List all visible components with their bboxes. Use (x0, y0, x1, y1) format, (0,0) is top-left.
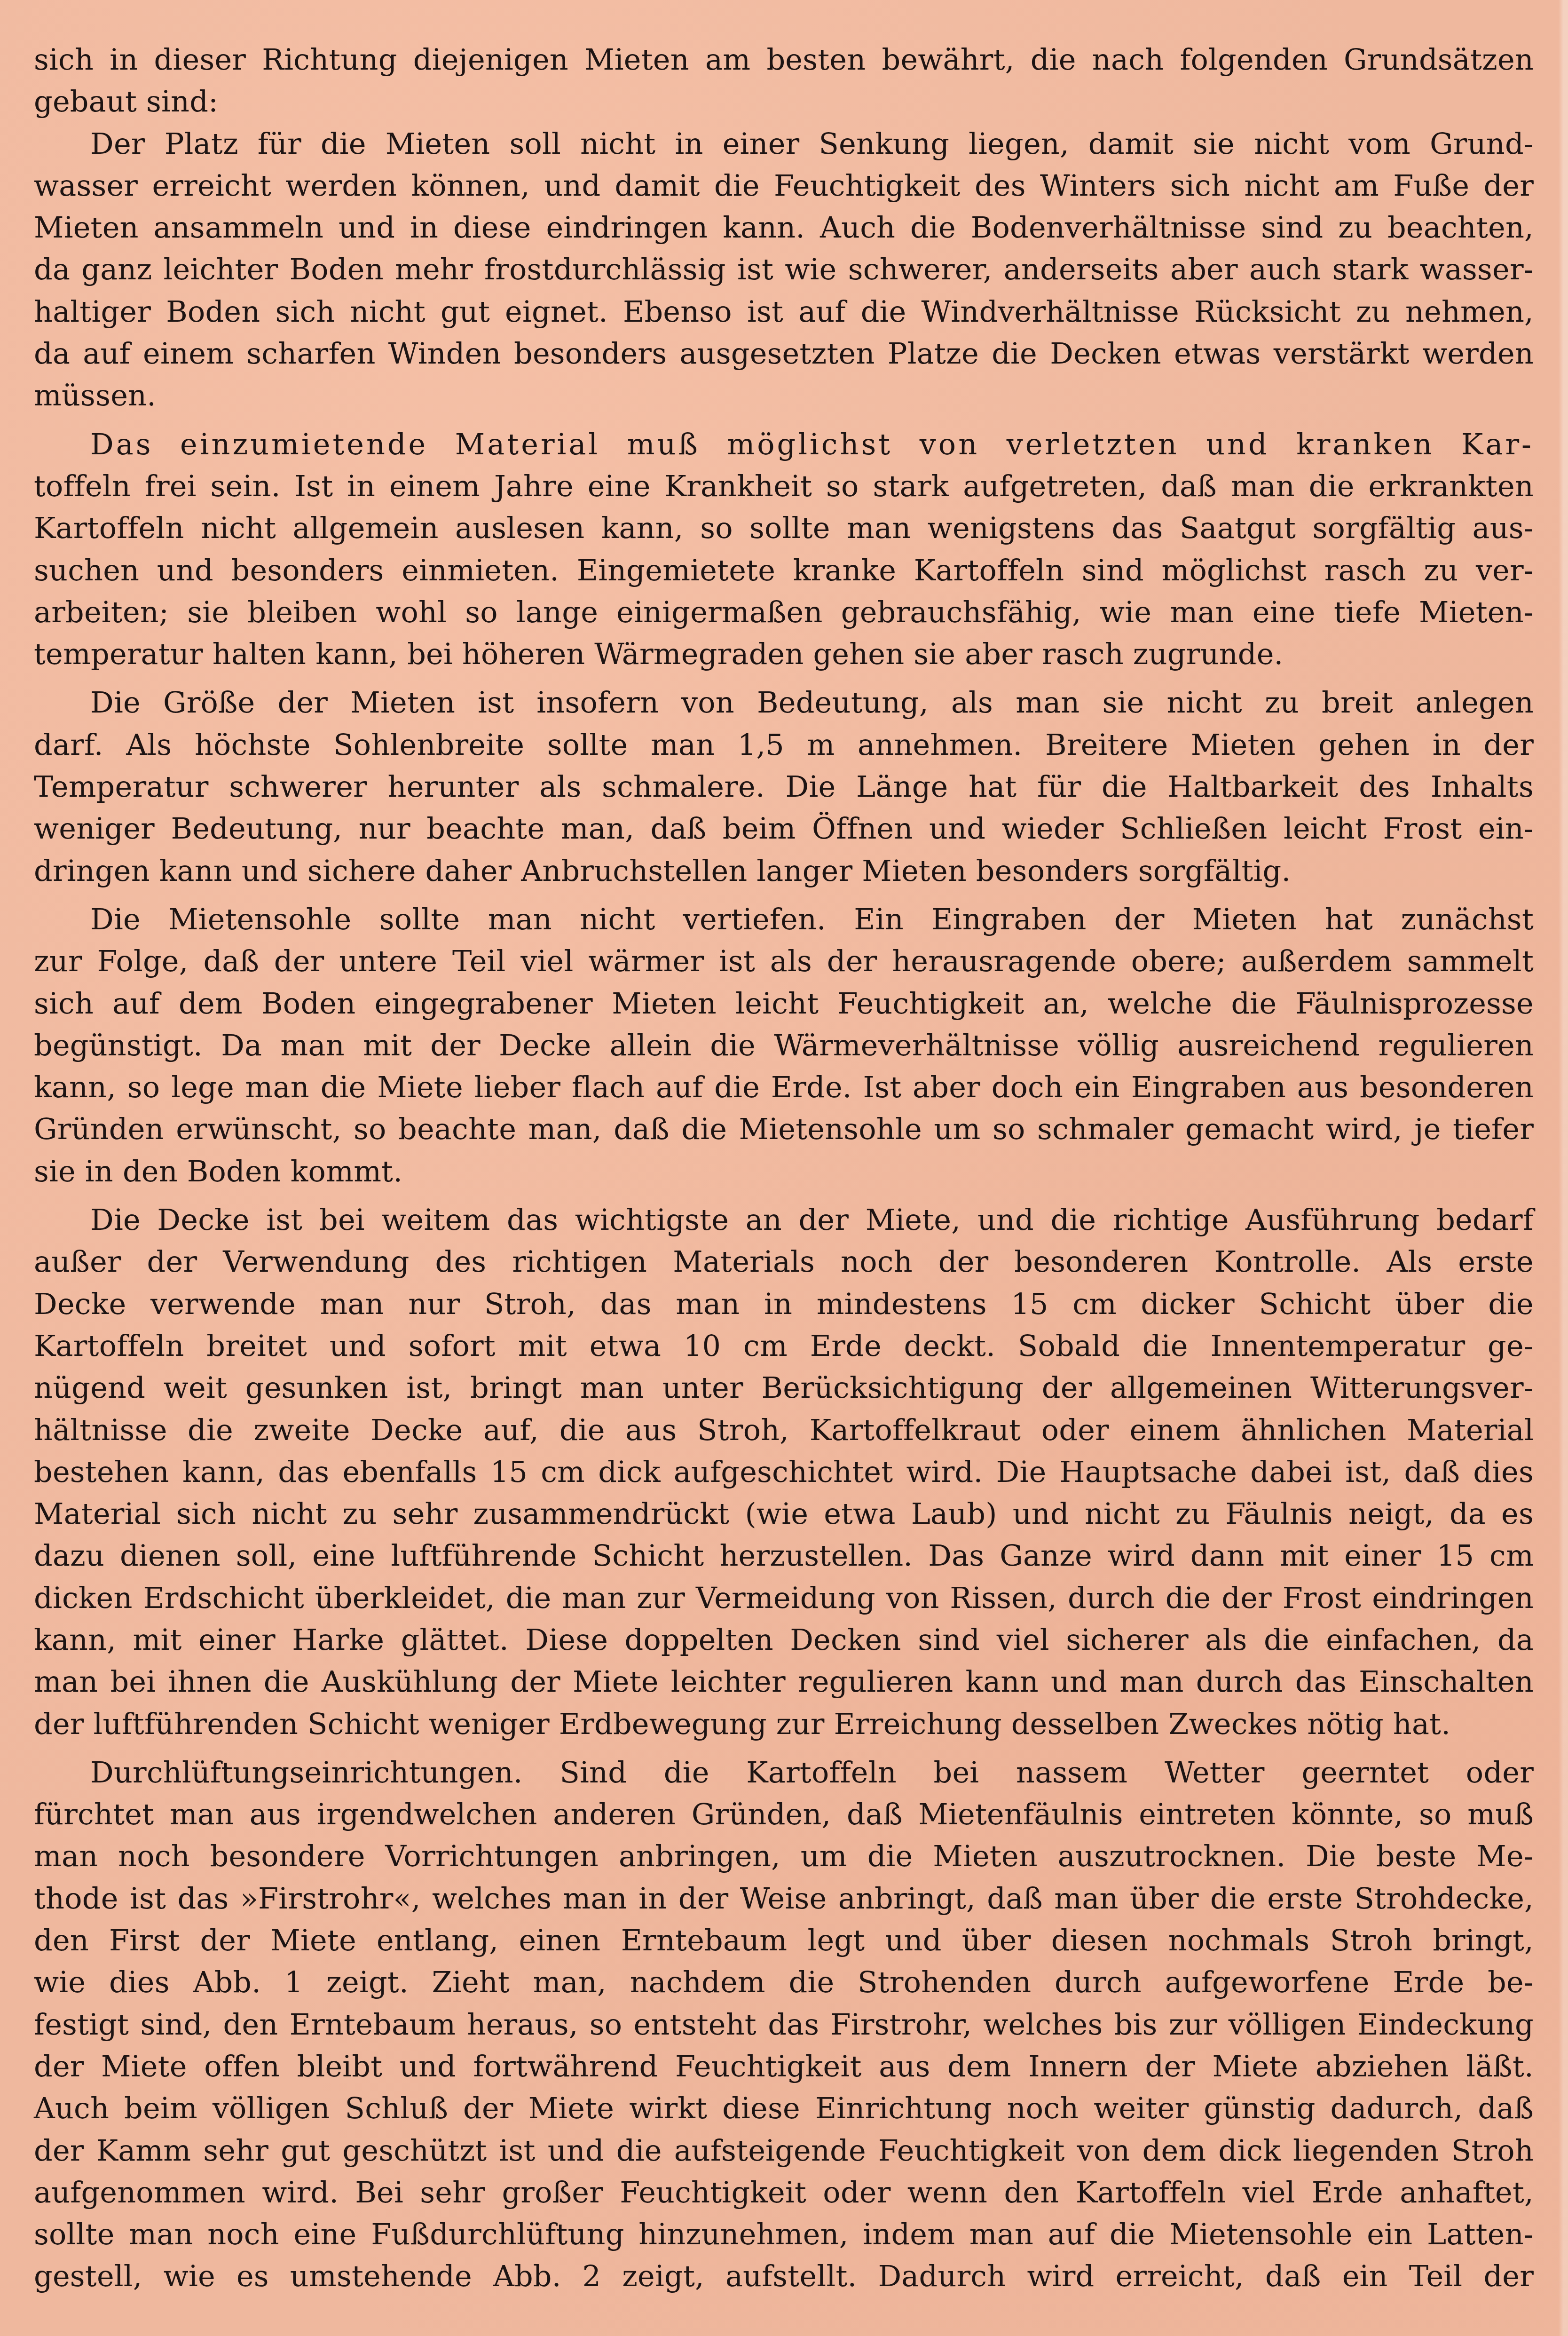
text-line: Gründen erwünscht, so beachte man, daß d… (34, 1108, 1534, 1150)
text-line: dringen kann und sichere daher Anbruchst… (34, 850, 1534, 892)
text-line: darf. Als höchste Sohlenbreite sollte ma… (34, 724, 1534, 766)
paragraph-site-location: Der Platz für die Mieten soll nicht in e… (34, 123, 1534, 417)
text-line: gestell, wie es umstehende Abb. 2 zeigt,… (34, 2255, 1534, 2297)
paragraph-material: Das einzumietende Material muß möglichst… (34, 423, 1534, 675)
text-line: arbeiten; sie bleiben wohl so lange eini… (34, 591, 1534, 633)
text-line: da ganz leichter Boden mehr frostdurchlä… (34, 248, 1534, 290)
text-line: wasser erreicht werden können, und damit… (34, 165, 1534, 206)
text-line: hältnisse die zweite Decke auf, die aus … (34, 1409, 1534, 1451)
text-line: gebaut sind: (34, 80, 1534, 122)
paragraph-cover: Die Decke ist bei weitem das wichtigste … (34, 1199, 1534, 1745)
paragraph-size: Die Größe der Mieten ist insofern von Be… (34, 681, 1534, 891)
text-line: thode ist das »Firstrohr«, welches man i… (34, 1877, 1534, 1919)
text-line: kann, mit einer Harke glättet. Diese dop… (34, 1619, 1534, 1661)
text-line: Temperatur schwerer herunter als schmale… (34, 766, 1534, 808)
text-line: aufgenommen wird. Bei sehr großer Feucht… (34, 2171, 1534, 2213)
text-line: sie in den Boden kommt. (34, 1150, 1534, 1192)
text-line: weniger Bedeutung, nur beachte man, daß … (34, 808, 1534, 849)
document-page: sich in dieser Richtung diejenigen Miete… (34, 39, 1534, 2297)
text-line: temperatur halten kann, bei höheren Wärm… (34, 633, 1534, 675)
text-line: da auf einem scharfen Winden besonders a… (34, 333, 1534, 374)
text-line: man bei ihnen die Auskühlung der Miete l… (34, 1661, 1534, 1703)
text-line: wie dies Abb. 1 zeigt. Zieht man, nachde… (34, 1961, 1534, 2003)
paragraph-sole: Die Mietensohle sollte man nicht vertief… (34, 898, 1534, 1192)
text-line: den First der Miete entlang, einen Ernte… (34, 1919, 1534, 1961)
text-line: der luftführenden Schicht weniger Erdbew… (34, 1703, 1534, 1745)
text-line: begünstigt. Da man mit der Decke allein … (34, 1024, 1534, 1066)
text-line: toffeln frei sein. Ist in einem Jahre ei… (34, 465, 1534, 507)
text-line: der Kamm sehr gut geschützt ist und die … (34, 2130, 1534, 2171)
paragraph-ventilation: Durchlüftungseinrichtungen. Sind die Kar… (34, 1751, 1534, 2297)
text-line: sich auf dem Boden eingegrabener Mieten … (34, 982, 1534, 1024)
text-line: Die Decke ist bei weitem das wichtigste … (34, 1199, 1534, 1241)
text-line: festigt sind, den Erntebaum heraus, so e… (34, 2003, 1534, 2045)
text-line: sollte man noch eine Fußdurchlüftung hin… (34, 2213, 1534, 2255)
text-line: dicken Erdschicht überkleidet, die man z… (34, 1577, 1534, 1619)
text-line: Auch beim völligen Schluß der Miete wirk… (34, 2087, 1534, 2129)
text-line: Decke verwende man nur Stroh, das man in… (34, 1283, 1534, 1325)
text-line: Die Größe der Mieten ist insofern von Be… (34, 681, 1534, 723)
text-line: fürchtet man aus irgendwelchen anderen G… (34, 1793, 1534, 1835)
paragraph-intro-continuation: sich in dieser Richtung diejenigen Miete… (34, 39, 1534, 123)
text-line: kann, so lege man die Miete lieber flach… (34, 1066, 1534, 1108)
text-line: außer der Verwendung des richtigen Mater… (34, 1241, 1534, 1283)
text-line: sich in dieser Richtung diejenigen Miete… (34, 39, 1534, 80)
text-line: zur Folge, daß der untere Teil viel wärm… (34, 940, 1534, 982)
text-line: Kartoffeln breitet und sofort mit etwa 1… (34, 1325, 1534, 1367)
text-line: Mieten ansammeln und in diese eindringen… (34, 206, 1534, 248)
text-line: müssen. (34, 374, 1534, 416)
text-line: Das einzumietende Material muß möglichst… (34, 423, 1534, 465)
text-line: haltiger Boden sich nicht gut eignet. Eb… (34, 291, 1534, 333)
document-body: sich in dieser Richtung diejenigen Miete… (34, 39, 1534, 2297)
text-line: dazu dienen soll, eine luftführende Schi… (34, 1535, 1534, 1576)
text-line: Kartoffeln nicht allgemein auslesen kann… (34, 507, 1534, 549)
text-line: Der Platz für die Mieten soll nicht in e… (34, 123, 1534, 165)
text-line: man noch besondere Vorrichtungen anbring… (34, 1835, 1534, 1877)
text-line: nügend weit gesunken ist, bringt man unt… (34, 1367, 1534, 1409)
text-line: der Miete offen bleibt und fortwährend F… (34, 2045, 1534, 2087)
text-line: bestehen kann, das ebenfalls 15 cm dick … (34, 1451, 1534, 1493)
text-line: Material sich nicht zu sehr zusammendrüc… (34, 1493, 1534, 1535)
text-line: Die Mietensohle sollte man nicht vertief… (34, 898, 1534, 940)
text-line: Durchlüftungseinrichtungen. Sind die Kar… (34, 1751, 1534, 1793)
text-line: suchen und besonders einmieten. Eingemie… (34, 549, 1534, 591)
